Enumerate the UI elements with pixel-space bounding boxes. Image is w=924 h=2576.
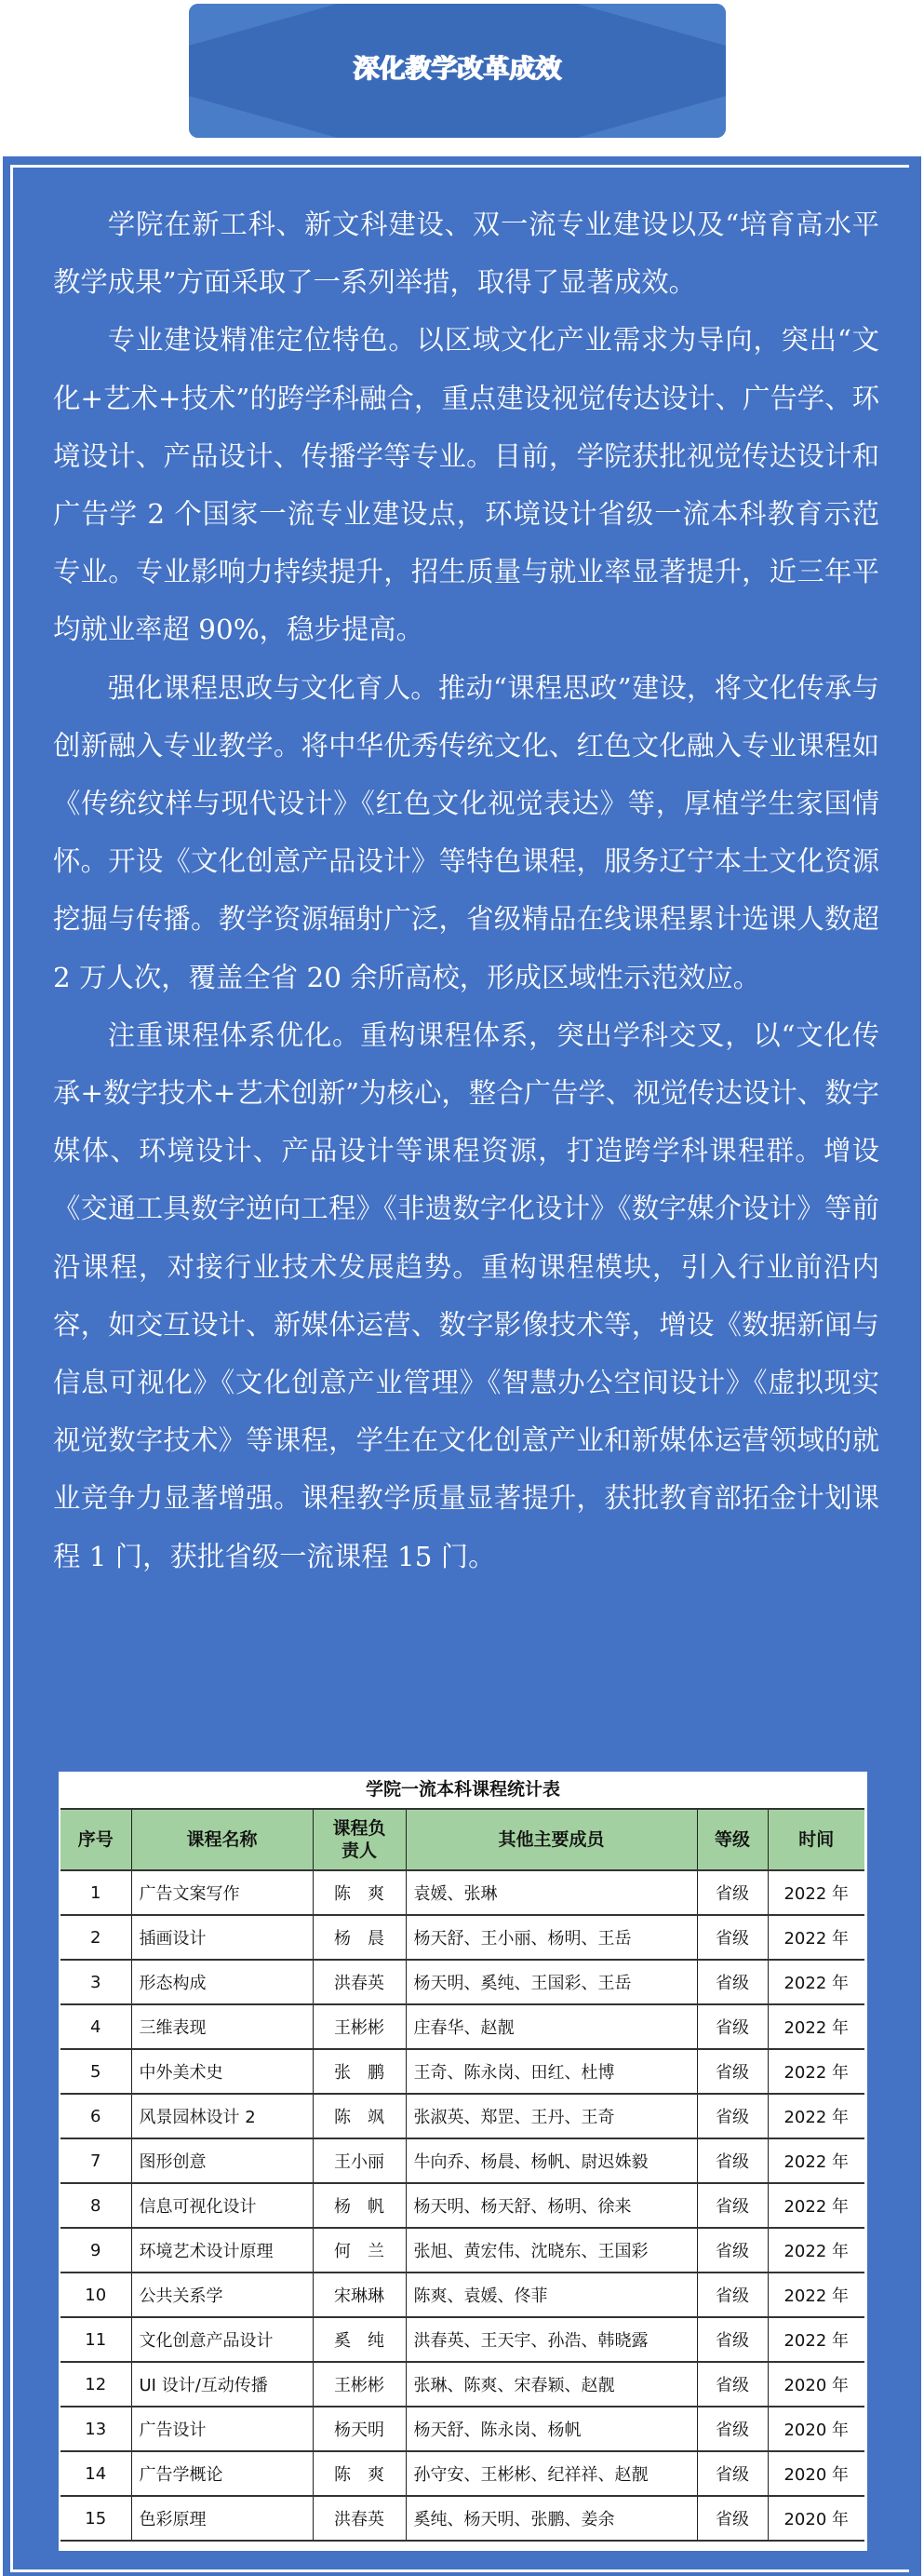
cell-course-name: 环境艺术设计原理 [131, 2228, 313, 2273]
content-frame: 学院在新工科、新文科建设、双一流专业建设以及“培育高水平教学成果”方面采取了一系… [3, 156, 921, 2576]
course-stats-table: 序号 课程名称 课程负 责人 其他主要成员 等级 时间 1 广告文案写作 陈 爽… [60, 1808, 864, 2542]
paragraph-major-construction: 专业建设精准定位特色。以区域文化产业需求为导向，突出“文化+艺术+技术”的跨学科… [53, 311, 879, 658]
cell-course-name: 三维表现 [131, 2004, 313, 2049]
cell-level: 省级 [697, 2273, 768, 2317]
header-year: 时间 [768, 1809, 864, 1870]
cell-index: 12 [60, 2362, 131, 2407]
section-title: 深化教学改革成效 [189, 50, 726, 88]
cell-course-name: 广告设计 [131, 2407, 313, 2451]
cell-course-lead: 陈 爽 [313, 2451, 406, 2496]
table-row: 1 广告文案写作 陈 爽 袁媛、张琳 省级 2022 年 [60, 1870, 864, 1915]
cell-index: 7 [60, 2138, 131, 2183]
cell-members: 杨天舒、陈永岗、杨帆 [406, 2407, 697, 2451]
cell-course-name: 广告学概论 [131, 2451, 313, 2496]
cell-level: 省级 [697, 2362, 768, 2407]
cell-level: 省级 [697, 2407, 768, 2451]
cell-year: 2020 年 [768, 2407, 864, 2451]
cell-index: 9 [60, 2228, 131, 2273]
table-row: 14 广告学概论 陈 爽 孙守安、王彬彬、纪祥祥、赵靓 省级 2020 年 [60, 2451, 864, 2496]
content-panel: 学院在新工科、新文科建设、双一流专业建设以及“培育高水平教学成果”方面采取了一系… [14, 168, 913, 2569]
cell-members: 奚纯、杨天明、张鹏、姜余 [406, 2496, 697, 2541]
cell-members: 张淑英、郑罡、王丹、王奇 [406, 2094, 697, 2138]
cell-index: 2 [60, 1915, 131, 1960]
cell-level: 省级 [697, 2183, 768, 2228]
paragraph-intro: 学院在新工科、新文科建设、双一流专业建设以及“培育高水平教学成果”方面采取了一系… [53, 196, 879, 311]
cell-course-name: 广告文案写作 [131, 1870, 313, 1915]
paragraph-curriculum-optimization: 注重课程体系优化。重构课程体系，突出学科交叉，以“文化传承+数字技术+艺术创新”… [53, 1006, 879, 1585]
cell-members: 杨天舒、王小丽、杨明、王岳 [406, 1915, 697, 1960]
cell-year: 2022 年 [768, 2094, 864, 2138]
header-level: 等级 [697, 1809, 768, 1870]
cell-course-name: 中外美术史 [131, 2049, 313, 2094]
cell-year: 2020 年 [768, 2451, 864, 2496]
table-row: 7 图形创意 王小丽 牛向乔、杨晨、杨帆、尉迟姝毅 省级 2022 年 [60, 2138, 864, 2183]
cell-course-lead: 宋琳琳 [313, 2273, 406, 2317]
cell-course-name: 信息可视化设计 [131, 2183, 313, 2228]
cell-year: 2022 年 [768, 2228, 864, 2273]
header-members: 其他主要成员 [406, 1809, 697, 1870]
cell-members: 杨天明、奚纯、王国彩、王岳 [406, 1960, 697, 2004]
cell-course-lead: 陈 爽 [313, 1870, 406, 1915]
table-row: 5 中外美术史 张 鹏 王奇、陈永岗、田红、杜博 省级 2022 年 [60, 2049, 864, 2094]
cell-course-lead: 王小丽 [313, 2138, 406, 2183]
table-row: 6 风景园林设计 2 陈 飒 张淑英、郑罡、王丹、王奇 省级 2022 年 [60, 2094, 864, 2138]
section-banner: 深化教学改革成效 [189, 4, 726, 138]
cell-course-lead: 张 鹏 [313, 2049, 406, 2094]
cell-year: 2022 年 [768, 1870, 864, 1915]
cell-course-lead: 奚 纯 [313, 2317, 406, 2362]
cell-year: 2022 年 [768, 2273, 864, 2317]
header-course-lead: 课程负 责人 [313, 1809, 406, 1870]
cell-members: 杨天明、杨天舒、杨明、徐来 [406, 2183, 697, 2228]
cell-level: 省级 [697, 2496, 768, 2541]
cell-year: 2022 年 [768, 1915, 864, 1960]
cell-index: 1 [60, 1870, 131, 1915]
cell-level: 省级 [697, 2228, 768, 2273]
cell-index: 5 [60, 2049, 131, 2094]
cell-members: 洪春英、王天宇、孙浩、韩晓露 [406, 2317, 697, 2362]
cell-index: 4 [60, 2004, 131, 2049]
cell-level: 省级 [697, 2451, 768, 2496]
cell-index: 10 [60, 2273, 131, 2317]
cell-members: 王奇、陈永岗、田红、杜博 [406, 2049, 697, 2094]
cell-course-lead: 洪春英 [313, 1960, 406, 2004]
cell-year: 2022 年 [768, 2004, 864, 2049]
cell-year: 2020 年 [768, 2496, 864, 2541]
cell-members: 孙守安、王彬彬、纪祥祥、赵靓 [406, 2451, 697, 2496]
table-row: 3 形态构成 洪春英 杨天明、奚纯、王国彩、王岳 省级 2022 年 [60, 1960, 864, 2004]
table-row: 9 环境艺术设计原理 何 兰 张旭、黄宏伟、沈晓东、王国彩 省级 2022 年 [60, 2228, 864, 2273]
cell-index: 11 [60, 2317, 131, 2362]
course-stats-table-container: 学院一流本科课程统计表 序号 课程名称 课程负 [59, 1772, 867, 2551]
cell-course-lead: 洪春英 [313, 2496, 406, 2541]
cell-index: 6 [60, 2094, 131, 2138]
cell-year: 2020 年 [768, 2362, 864, 2407]
cell-members: 庄春华、赵靓 [406, 2004, 697, 2049]
cell-course-lead: 王彬彬 [313, 2004, 406, 2049]
cell-course-lead: 杨 晨 [313, 1915, 406, 1960]
paragraph-ideological-education: 强化课程思政与文化育人。推动“课程思政”建设，将文化传承与创新融入专业教学。将中… [53, 659, 879, 1006]
table-row: 15 色彩原理 洪春英 奚纯、杨天明、张鹏、姜余 省级 2020 年 [60, 2496, 864, 2541]
cell-course-name: 公共关系学 [131, 2273, 313, 2317]
cell-level: 省级 [697, 2094, 768, 2138]
cell-year: 2022 年 [768, 1960, 864, 2004]
header-lead-line1: 课程负 [332, 1818, 385, 1839]
cell-index: 3 [60, 1960, 131, 2004]
cell-year: 2022 年 [768, 2183, 864, 2228]
cell-members: 张琳、陈爽、宋春颖、赵靓 [406, 2362, 697, 2407]
cell-course-name: 图形创意 [131, 2138, 313, 2183]
cell-index: 8 [60, 2183, 131, 2228]
cell-course-name: 风景园林设计 2 [131, 2094, 313, 2138]
header-lead-line2: 责人 [341, 1841, 377, 1861]
cell-members: 袁媛、张琳 [406, 1870, 697, 1915]
cell-members: 张旭、黄宏伟、沈晓东、王国彩 [406, 2228, 697, 2273]
table-row: 4 三维表现 王彬彬 庄春华、赵靓 省级 2022 年 [60, 2004, 864, 2049]
cell-course-lead: 杨天明 [313, 2407, 406, 2451]
article-body: 学院在新工科、新文科建设、双一流专业建设以及“培育高水平教学成果”方面采取了一系… [53, 196, 879, 1585]
cell-level: 省级 [697, 1915, 768, 1960]
cell-course-name: 色彩原理 [131, 2496, 313, 2541]
cell-level: 省级 [697, 2004, 768, 2049]
table-row: 12 UI 设计/互动传播 王彬彬 张琳、陈爽、宋春颖、赵靓 省级 2020 年 [60, 2362, 864, 2407]
cell-course-lead: 陈 飒 [313, 2094, 406, 2138]
cell-members: 牛向乔、杨晨、杨帆、尉迟姝毅 [406, 2138, 697, 2183]
cell-index: 15 [60, 2496, 131, 2541]
cell-index: 14 [60, 2451, 131, 2496]
header-course-name: 课程名称 [131, 1809, 313, 1870]
cell-index: 13 [60, 2407, 131, 2451]
cell-members: 陈爽、袁媛、佟菲 [406, 2273, 697, 2317]
cell-year: 2022 年 [768, 2049, 864, 2094]
cell-course-name: UI 设计/互动传播 [131, 2362, 313, 2407]
table-row: 10 公共关系学 宋琳琳 陈爽、袁媛、佟菲 省级 2022 年 [60, 2273, 864, 2317]
table-row: 11 文化创意产品设计 奚 纯 洪春英、王天宇、孙浩、韩晓露 省级 2022 年 [60, 2317, 864, 2362]
header-index: 序号 [60, 1809, 131, 1870]
table-row: 8 信息可视化设计 杨 帆 杨天明、杨天舒、杨明、徐来 省级 2022 年 [60, 2183, 864, 2228]
cell-level: 省级 [697, 2049, 768, 2094]
cell-year: 2022 年 [768, 2317, 864, 2362]
table-title: 学院一流本科课程统计表 [59, 1774, 867, 1805]
cell-level: 省级 [697, 2317, 768, 2362]
cell-course-lead: 何 兰 [313, 2228, 406, 2273]
cell-course-name: 形态构成 [131, 1960, 313, 2004]
cell-course-lead: 杨 帆 [313, 2183, 406, 2228]
table-row: 2 插画设计 杨 晨 杨天舒、王小丽、杨明、王岳 省级 2022 年 [60, 1915, 864, 1960]
cell-course-name: 插画设计 [131, 1915, 313, 1960]
table-row: 13 广告设计 杨天明 杨天舒、陈永岗、杨帆 省级 2020 年 [60, 2407, 864, 2451]
cell-level: 省级 [697, 1870, 768, 1915]
cell-course-name: 文化创意产品设计 [131, 2317, 313, 2362]
cell-level: 省级 [697, 1960, 768, 2004]
cell-course-lead: 王彬彬 [313, 2362, 406, 2407]
cell-year: 2022 年 [768, 2138, 864, 2183]
table-header-row: 序号 课程名称 课程负 责人 其他主要成员 等级 时间 [60, 1809, 864, 1870]
cell-level: 省级 [697, 2138, 768, 2183]
